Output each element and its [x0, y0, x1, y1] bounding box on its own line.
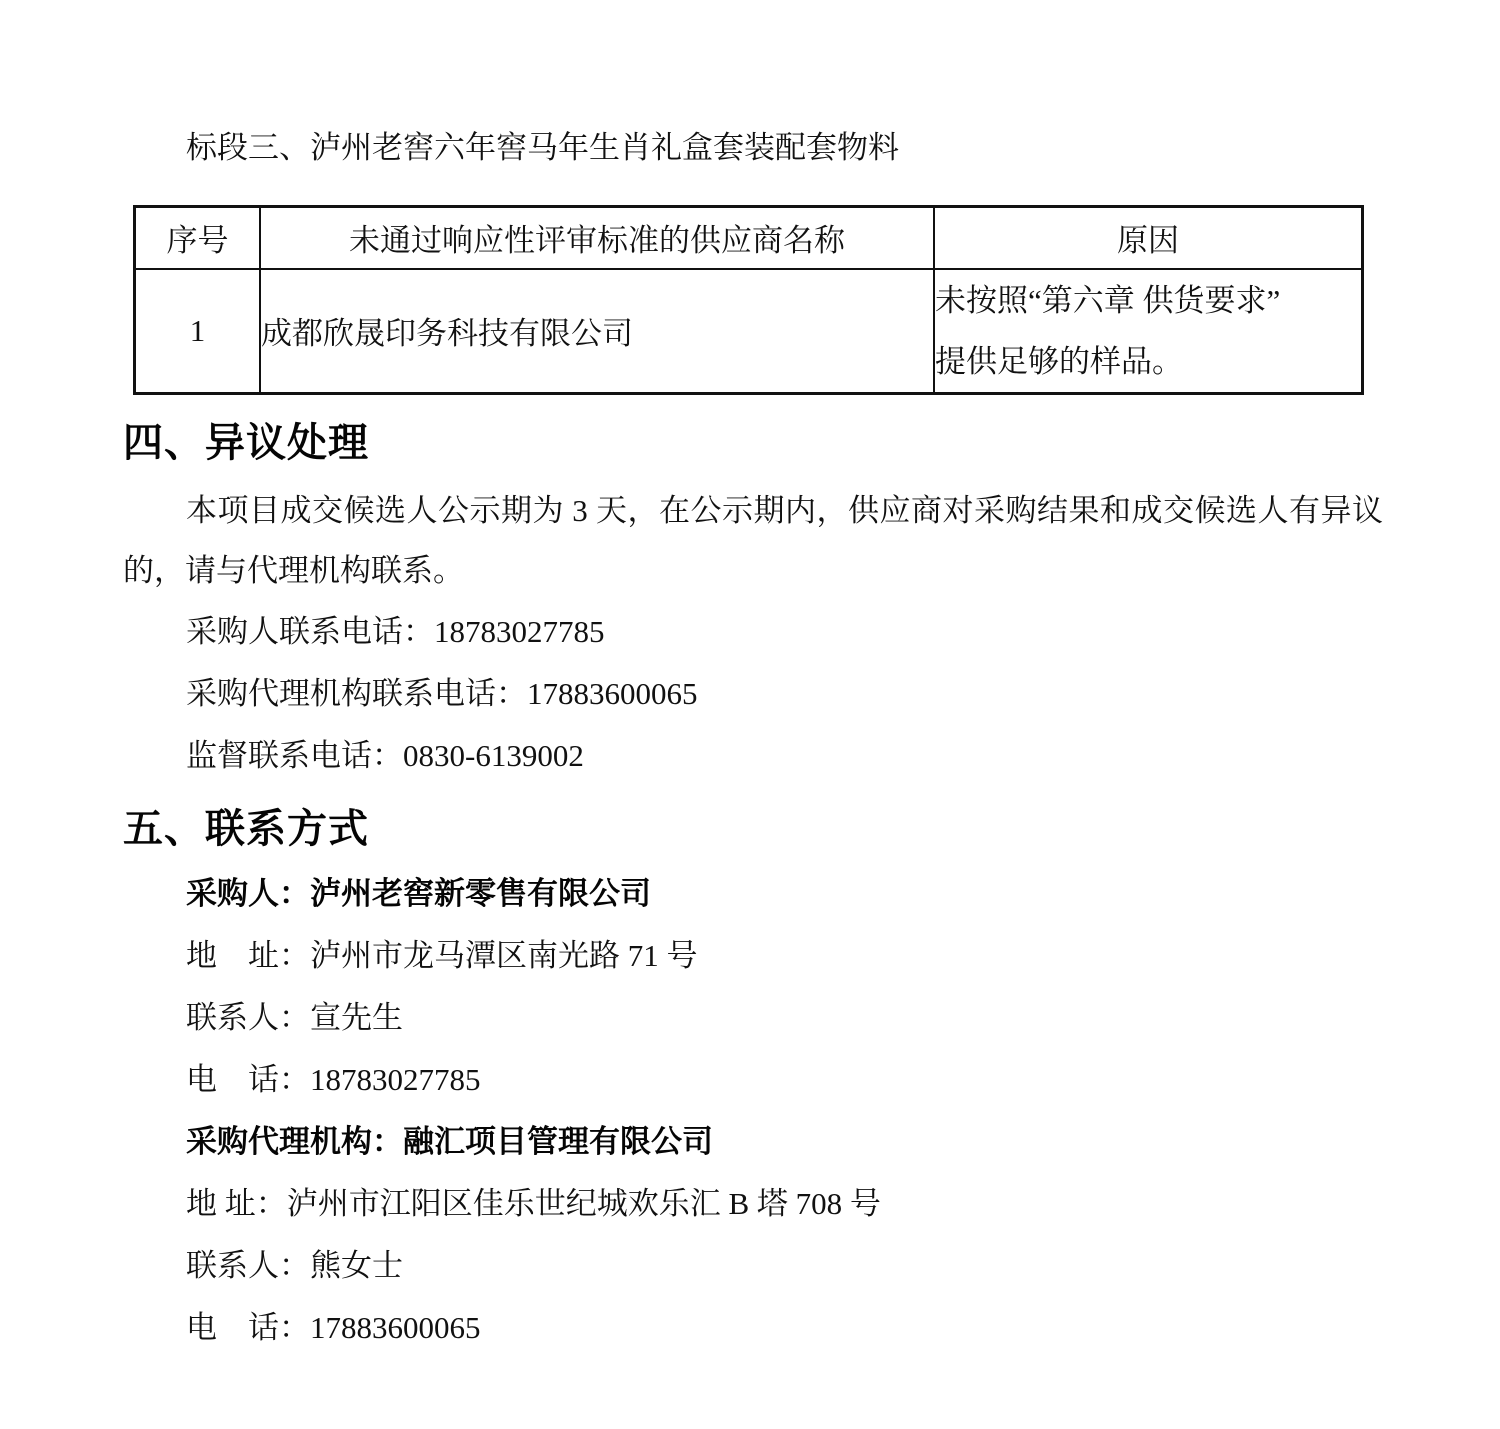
cell-serial-number: 1: [135, 269, 261, 394]
reason-line-2: 提供足够的样品。: [935, 331, 1361, 392]
agency-telephone-line: 电 话：17883600065: [123, 1297, 1382, 1359]
header-supplier-name: 未通过响应性评审标准的供应商名称: [260, 207, 934, 269]
cell-supplier-name: 成都欣晟印务科技有限公司: [260, 269, 934, 394]
section-heading-objection-handling: 四、异议处理: [123, 417, 1382, 469]
agency-phone-line: 采购代理机构联系电话：17883600065: [123, 663, 1382, 725]
purchaser-telephone-line: 电 话：18783027785: [123, 1049, 1382, 1111]
header-serial-number: 序号: [135, 207, 261, 269]
document-page: 标段三、泸州老窖六年窖马年生肖礼盒套装配套物料 序号 未通过响应性评审标准的供应…: [0, 0, 1500, 1429]
contact-info-block: 采购人：泸州老窖新零售有限公司 地 址：泸州市龙马潭区南光路 71 号 联系人：…: [123, 863, 1382, 1359]
review-table: 序号 未通过响应性评审标准的供应商名称 原因 1 成都欣晟印务科技有限公司 未按…: [133, 205, 1364, 395]
table-row: 1 成都欣晟印务科技有限公司 未按照“第六章 供货要求” 提供足够的样品。: [135, 269, 1363, 394]
purchaser-phone-line: 采购人联系电话：18783027785: [123, 601, 1382, 663]
supervision-phone-line: 监督联系电话：0830-6139002: [123, 725, 1382, 787]
table-header-row: 序号 未通过响应性评审标准的供应商名称 原因: [135, 207, 1363, 269]
agency-address-line: 地 址：泸州市江阳区佳乐世纪城欢乐汇 B 塔 708 号: [123, 1173, 1382, 1235]
lot-title: 标段三、泸州老窖六年窖马年生肖礼盒套装配套物料: [123, 127, 1382, 169]
header-reason: 原因: [934, 207, 1363, 269]
purchaser-contact-person-line: 联系人：宣先生: [123, 987, 1382, 1049]
cell-reason: 未按照“第六章 供货要求” 提供足够的样品。: [934, 269, 1363, 394]
reason-line-1: 未按照“第六章 供货要求”: [935, 270, 1361, 331]
purchaser-address-line: 地 址：泸州市龙马潭区南光路 71 号: [123, 925, 1382, 987]
objection-paragraph: 本项目成交候选人公示期为 3 天，在公示期内，供应商对采购结果和成交候选人有异议…: [123, 481, 1383, 601]
agency-name-line: 采购代理机构：融汇项目管理有限公司: [123, 1111, 1382, 1173]
section-heading-contact-info: 五、联系方式: [123, 803, 1382, 855]
agency-contact-person-line: 联系人：熊女士: [123, 1235, 1382, 1297]
purchaser-name-line: 采购人：泸州老窖新零售有限公司: [123, 863, 1382, 925]
